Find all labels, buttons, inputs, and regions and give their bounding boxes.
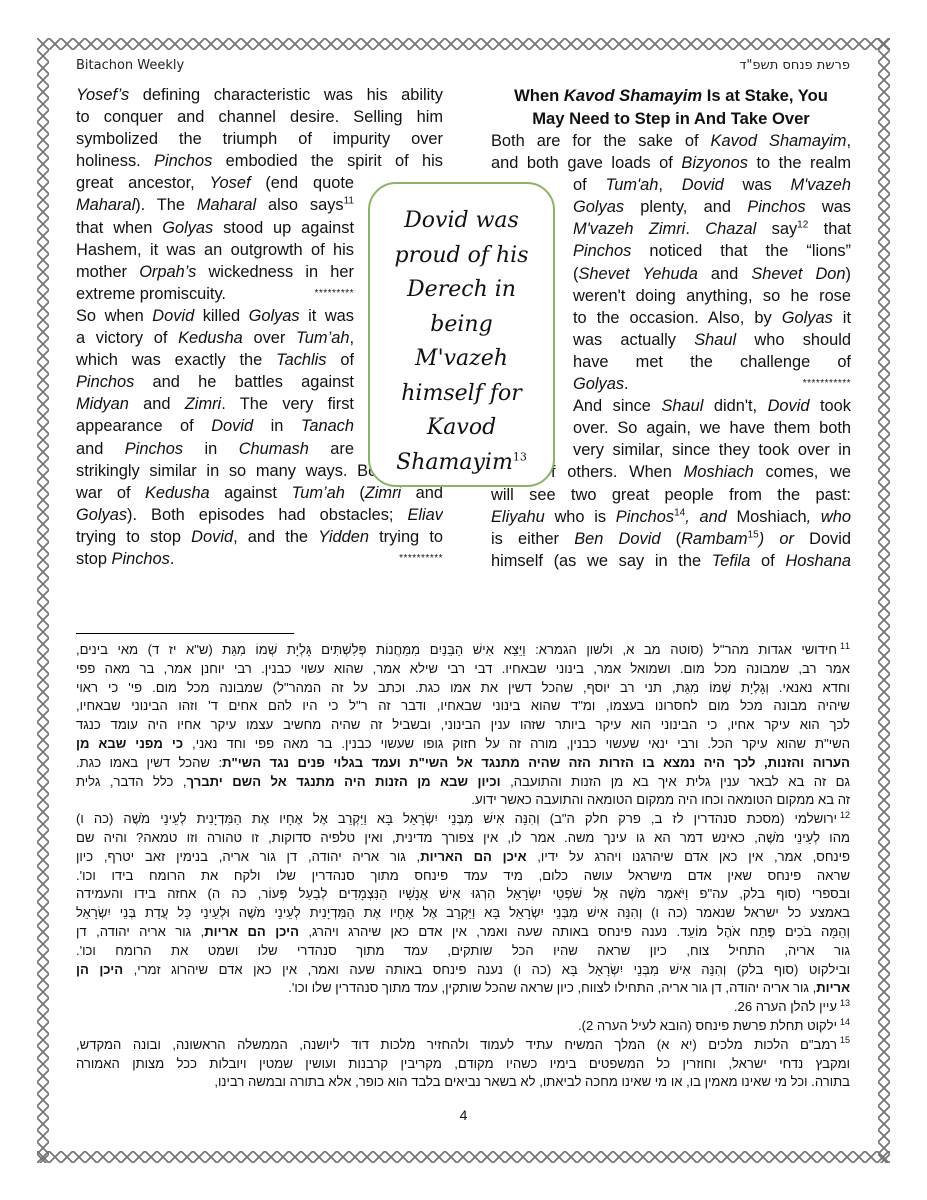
text-run: a victory of bbox=[76, 329, 178, 347]
headline-line-1: When Kavod Shamayim Is at Stake, You bbox=[514, 86, 828, 105]
italic-term: Kavod Shamayim bbox=[711, 132, 847, 150]
italic-term: Dovid bbox=[152, 307, 194, 325]
italic-term: Eliav bbox=[407, 506, 443, 524]
text-run: very similar, since they took over in bbox=[573, 441, 851, 459]
text-run: took bbox=[810, 397, 851, 415]
footnote-line: שיהיה מבונה מכל מום לחסרונו בעצמו, ומ"ד … bbox=[76, 697, 850, 716]
text-run: trying to stop bbox=[76, 528, 191, 546]
page-number: 4 bbox=[0, 1107, 927, 1123]
text-run: holiness. bbox=[76, 152, 154, 170]
text-run: have met the challenge of bbox=[573, 353, 851, 371]
text-line: appearance of Dovid in Tanach bbox=[76, 415, 354, 437]
text-run: לכך הוא עיקר אחיו, כי הבינוני הוא עיקר ב… bbox=[76, 717, 850, 732]
border-left bbox=[37, 38, 49, 1163]
text-run: comes, we bbox=[754, 463, 851, 481]
text-run: , and the bbox=[233, 528, 318, 546]
footnote-line: באמצע כל ישראל שנאמר (כה ו) וְהִנֵּה אִי… bbox=[76, 904, 850, 923]
text-line: mother Orpah’s wickedness in her bbox=[76, 261, 354, 283]
footnote-line: לכך הוא עיקר אחיו, כי הבינוני הוא עיקר ב… bbox=[76, 716, 850, 735]
text-line: Golyas plenty, and Pinchos was bbox=[573, 196, 851, 218]
italic-term: Tefila bbox=[712, 552, 751, 570]
text-run: ובילקוט (סוף בלק) וְהִנֵּה אִישׁ מִבְּנֵ… bbox=[123, 962, 850, 977]
footnote-ref: 11 bbox=[344, 196, 354, 207]
text-run: war of bbox=[76, 484, 145, 502]
footnote-15: 15רמב"ם הלכות מלכים (יא א) המלך המשיח עת… bbox=[76, 1036, 850, 1092]
text-run: בתורה. וכל מי שאינו מאמין בו, או מי שאינ… bbox=[214, 1074, 850, 1089]
publication-title: Bitachon Weekly bbox=[76, 58, 184, 73]
italic-term: Tum’ah bbox=[296, 329, 349, 347]
italic-term: Golyas bbox=[573, 198, 624, 216]
page-header: Bitachon Weekly פרשת פנחס תשפ"ד bbox=[76, 58, 850, 78]
text-run: באמצע כל ישראל שנאמר (כה ו) וְהִנֵּה אִי… bbox=[76, 905, 850, 920]
footnote-line: פינחס, אמר, אין כאן אדם שיהרגנו ויהרג על… bbox=[76, 848, 850, 867]
text-run: it was bbox=[300, 307, 354, 325]
text-run: over bbox=[243, 329, 296, 347]
text-run: , גור אריה יהודה, דן גור אריה, התחילו לצ… bbox=[288, 980, 816, 995]
footnote-number: 14 bbox=[840, 1017, 850, 1027]
headline-line-2: May Need to Step in And Take Over bbox=[532, 109, 810, 128]
text-run: noticed that the “lions” bbox=[631, 242, 851, 260]
text-line: Pinchos and he battles against bbox=[76, 371, 354, 393]
text-line: very similar, since they took over in bbox=[573, 439, 851, 461]
italic-term: Tum'ah bbox=[605, 176, 658, 194]
text-line: over. So again, we have them both bbox=[573, 417, 851, 439]
footnote-line: זה בא ממקום הטומאה וכחו היה ממקום הטומאה… bbox=[76, 791, 850, 810]
bold-text: כי מפני שבא מן bbox=[76, 736, 183, 751]
text-line: himself (as we say in the Tefila of Hosh… bbox=[491, 550, 851, 572]
text-run: שיהיה מבונה מכל מום לחסרונו בעצמו, ומ"ד … bbox=[76, 698, 850, 713]
pull-quote-line: himself for bbox=[370, 377, 553, 412]
text-run: גם זה בא לבאר ענין גלית איך בא מן הזנות … bbox=[501, 774, 850, 789]
text-line: Golyas). Both episodes had obstacles; El… bbox=[76, 504, 443, 526]
text-run: ) bbox=[846, 265, 851, 283]
text-run: and he battles against bbox=[134, 373, 354, 391]
text-run: זה בא ממקום הטומאה וכחו היה ממקום הטומאה… bbox=[471, 792, 850, 807]
text-line: Both are for the sake of Kavod Shamayim, bbox=[491, 130, 851, 152]
italic-term: ) or bbox=[759, 530, 809, 548]
italic-term: Pinchos bbox=[125, 440, 183, 458]
text-run: wickedness in her bbox=[196, 263, 354, 281]
italic-term: Shaul bbox=[694, 331, 736, 349]
text-line: Golyas.*********** bbox=[573, 373, 851, 395]
text-line: holiness. Pinchos embodied the spirit of… bbox=[76, 150, 443, 172]
bold-text: הערוה והזנות, לכך היה נמצא בו הזרות הזה … bbox=[222, 755, 850, 770]
italic-term: Kedusha bbox=[178, 329, 243, 347]
text-line: And since Shaul didn't, Dovid took bbox=[573, 395, 851, 417]
text-run: mother bbox=[76, 263, 139, 281]
italic-term: Dovid bbox=[682, 176, 724, 194]
italic-term: Golyas bbox=[249, 307, 300, 325]
footnote-line: 15רמב"ם הלכות מלכים (יא א) המלך המשיח עת… bbox=[76, 1036, 850, 1055]
italic-term: Bizyonos bbox=[681, 154, 748, 172]
italic-term: Hoshana bbox=[785, 552, 851, 570]
footnotes-section: 11חידושי אגדות מהר"ל (סוטה מב א, ולשון ה… bbox=[76, 641, 850, 1092]
text-run: פינחס, אמר, אין כאן אדם שיהרגנו ויהרג על… bbox=[527, 849, 851, 864]
footnote-ref: 15 bbox=[748, 529, 759, 540]
text-run: stop bbox=[76, 550, 112, 568]
text-run: ). The bbox=[135, 196, 197, 214]
pull-quote-line: proud of his bbox=[370, 239, 553, 274]
footnote-number: 13 bbox=[840, 998, 850, 1008]
italic-term: , and bbox=[685, 508, 736, 526]
pull-quote-text: Dovid wasproud of hisDerech inbeingM'vaz… bbox=[370, 204, 553, 480]
text-run: who is bbox=[545, 508, 616, 526]
bold-text: היכן הן bbox=[76, 962, 123, 977]
text-run: אמר רב, שמבונה מכל מום. ושמואל אמר, בינו… bbox=[76, 661, 850, 676]
text-line: which was exactly the Tachlis of bbox=[76, 349, 354, 371]
text-run: ומקבץ נדחי ישראל, וחוזרין כל המשפטים בימ… bbox=[76, 1056, 850, 1071]
text-run: וְהֵמָּה בֹכִים פֶּתַח אֹהֶל מוֹעֵד. נענ… bbox=[299, 924, 850, 939]
text-line: trying to stop Dovid, and the Yidden try… bbox=[76, 526, 443, 548]
pull-quote-line: Derech in bbox=[370, 273, 553, 308]
italic-term: Orpah’s bbox=[139, 263, 196, 281]
text-run: defining characteristic was his ability bbox=[129, 86, 443, 104]
section-separator: ********** bbox=[399, 548, 443, 570]
text-run: embodied the spirit of his bbox=[212, 152, 443, 170]
text-run: שראה פינחס שאין אדם מישראל עושה כלום, מי… bbox=[76, 868, 850, 883]
border-bottom bbox=[37, 1151, 890, 1163]
section-separator: *********** bbox=[803, 373, 851, 395]
text-run: of bbox=[573, 176, 605, 194]
footnote-13: 13עיין להלן הערה 26. bbox=[76, 998, 850, 1017]
text-run: that when bbox=[76, 219, 162, 237]
text-line: Maharal). The Maharal also says11 bbox=[76, 194, 354, 216]
bold-text: וכיון שבא מן הזנות היה מתנגד אל השם יתבר… bbox=[187, 774, 501, 789]
text-line: So when Dovid killed Golyas it was bbox=[76, 305, 354, 327]
text-run: ( bbox=[345, 484, 365, 502]
text-run: stood up against bbox=[213, 219, 354, 237]
text-run: . The very first bbox=[221, 395, 354, 413]
footnote-12: 12ירושלמי (מסכת סנהדרין לז ב, פרק חלק ה"… bbox=[76, 810, 850, 998]
text-run: , bbox=[349, 329, 354, 347]
italic-term: Kedusha bbox=[145, 484, 210, 502]
italic-term: Golyas bbox=[573, 375, 624, 393]
text-run: to conquer and channel desire. Selling h… bbox=[76, 108, 443, 126]
text-line: that when Golyas stood up against bbox=[76, 217, 354, 239]
text-line: M'vazeh Zimri. Chazal say12 that bbox=[573, 218, 851, 240]
text-line: Pinchos noticed that the “lions” bbox=[573, 240, 851, 262]
text-run: And since bbox=[573, 397, 661, 415]
footnote-line: וחדא נאנאי. וְגָלְיָת שְׁמוֹ מִגַּת, תני… bbox=[76, 679, 850, 698]
text-run: and bbox=[129, 395, 185, 413]
footnote-line: אריות, גור אריה יהודה, דן גור אריה, התחי… bbox=[76, 979, 850, 998]
footnote-line: אמר רב, שמבונה מכל מום. ושמואל אמר, בינו… bbox=[76, 660, 850, 679]
text-line: Hashem, it was an outgrowth of his bbox=[76, 239, 354, 261]
italic-term: Eliyahu bbox=[491, 508, 545, 526]
text-line: Midyan and Zimri. The very first bbox=[76, 393, 354, 415]
section-separator: ********* bbox=[314, 283, 354, 305]
italic-term: Ben Dovid bbox=[574, 530, 660, 548]
text-line: have met the challenge of bbox=[573, 351, 851, 373]
italic-term: Pinchos bbox=[112, 550, 170, 568]
footnote-14: 14ילקוט תחלת פרשת פינחס (הובא לעיל הערה … bbox=[76, 1017, 850, 1036]
text-run: symbolized the triumph of impurity over bbox=[76, 130, 443, 148]
italic-term: Pinchos bbox=[573, 242, 631, 260]
text-line: and Pinchos in Chumash are bbox=[76, 438, 354, 460]
text-run: appearance of bbox=[76, 417, 211, 435]
text-line: great ancestor, Yosef (end quote bbox=[76, 172, 354, 194]
footnote-separator bbox=[76, 633, 294, 634]
italic-term: , who bbox=[807, 508, 851, 526]
footnote-ref: 12 bbox=[797, 220, 808, 231]
pull-quote-line: M'vazeh bbox=[370, 342, 553, 377]
text-run: מהו לְעֵינֵי מֹשֶׁה, כאינש דמר הא גו עינ… bbox=[76, 830, 850, 845]
text-line: Eliyahu who is Pinchos14, and Moshiach, … bbox=[491, 506, 851, 528]
text-run: killed bbox=[194, 307, 248, 325]
italic-term: Tachlis bbox=[276, 351, 326, 369]
text-line: stop Pinchos.********** bbox=[76, 548, 443, 570]
text-run: great ancestor, bbox=[76, 174, 210, 192]
footnote-11: 11חידושי אגדות מהר"ל (סוטה מב א, ולשון ה… bbox=[76, 641, 850, 810]
text-run: was bbox=[806, 198, 851, 216]
text-run: So when bbox=[76, 307, 152, 325]
text-line: Yosef’s defining characteristic was his … bbox=[76, 84, 443, 106]
text-line: to conquer and channel desire. Selling h… bbox=[76, 106, 443, 128]
italic-term: Dovid bbox=[768, 397, 810, 415]
footnote-line: ומקבץ נדחי ישראל, וחוזרין כל המשפטים בימ… bbox=[76, 1055, 850, 1074]
italic-term: Golyas bbox=[76, 506, 127, 524]
text-line: and both gave loads of Bizyonos to the r… bbox=[491, 152, 851, 174]
text-run: Dovid bbox=[809, 530, 851, 548]
footnote-line: השי"ת שהוא עיקר הכל. ורבי ינאי שעשוי כבנ… bbox=[76, 735, 850, 754]
italic-term: Pinchos bbox=[747, 198, 805, 216]
footnote-line: וְהֵמָּה בֹכִים פֶּתַח אֹהֶל מוֹעֵד. נענ… bbox=[76, 923, 850, 942]
text-run: , גור אריה יהודה, דן bbox=[76, 924, 204, 939]
text-run: Is at Stake, You bbox=[702, 86, 828, 105]
border-right bbox=[878, 38, 890, 1163]
text-line: symbolized the triumph of impurity over bbox=[76, 128, 443, 150]
italic-term: Pinchos bbox=[616, 508, 674, 526]
text-run: (end quote bbox=[251, 174, 354, 192]
pull-quote-line: Dovid was bbox=[370, 204, 553, 239]
italic-term: Tanach bbox=[301, 417, 354, 435]
text-run: ירושלמי (מסכת סנהדרין לז ב, פרק חלק ה"ב)… bbox=[76, 811, 837, 826]
footnote-line: ובספרי (סוף בלק, עה"פ וַיֹּאמֶר מֹשֶׁה א… bbox=[76, 885, 850, 904]
footnote-line: גם זה בא לבאר ענין גלית איך בא מן הזנות … bbox=[76, 773, 850, 792]
footnote-line: 14ילקוט תחלת פרשת פינחס (הובא לעיל הערה … bbox=[76, 1017, 850, 1036]
text-run: against bbox=[210, 484, 292, 502]
italic-term: Midyan bbox=[76, 395, 129, 413]
text-run: in bbox=[183, 440, 239, 458]
text-run: Moshiach bbox=[737, 508, 807, 526]
text-run: who should bbox=[736, 331, 851, 349]
italic-term: Rambam bbox=[681, 530, 748, 548]
text-run: in bbox=[253, 417, 301, 435]
text-run: and both gave loads of bbox=[491, 154, 681, 172]
text-run: over. So again, we have them both bbox=[573, 419, 851, 437]
text-run: extreme promiscuity. bbox=[76, 285, 226, 303]
text-run: to the occasion. Also, by bbox=[573, 309, 782, 327]
text-run: חידושי אגדות מהר"ל (סוטה מב א, ולשון הגמ… bbox=[76, 642, 837, 657]
text-line: is either Ben Dovid (Rambam15) or Dovid bbox=[491, 528, 851, 550]
text-run: רמב"ם הלכות מלכים (יא א) המלך המשיח עתיד… bbox=[76, 1037, 837, 1052]
parsha-title: פרשת פנחס תשפ"ד bbox=[739, 58, 850, 73]
text-run: , כלל הדבר, גלית bbox=[76, 774, 187, 789]
text-run: and bbox=[76, 440, 125, 458]
text-line: of Tum'ah, Dovid was M'vazeh bbox=[573, 174, 851, 196]
text-run: Hashem, it was an outgrowth of his bbox=[76, 241, 354, 259]
footnote-line: 11חידושי אגדות מהר"ל (סוטה מב א, ולשון ה… bbox=[76, 641, 850, 660]
text-run: גור אריה, התחיל צוח, כיון שראה שהיו הכל … bbox=[76, 943, 850, 958]
section-headline: When Kavod Shamayim Is at Stake, You May… bbox=[491, 84, 851, 130]
text-run: ). Both episodes had obstacles; bbox=[127, 506, 407, 524]
bold-text: אריות bbox=[816, 980, 850, 995]
pull-quote-line: Shamayim13 bbox=[370, 446, 553, 481]
italic-term: Yosef’s bbox=[76, 86, 129, 104]
border-top bbox=[37, 38, 890, 50]
text-run: himself (as we say in the bbox=[491, 552, 712, 570]
text-run: plenty, and bbox=[624, 198, 747, 216]
text-run: . bbox=[685, 220, 705, 238]
footnote-line: מהו לְעֵינֵי מֹשֶׁה, כאינש דמר הא גו עינ… bbox=[76, 829, 850, 848]
footnote-ref: 13 bbox=[513, 450, 527, 463]
text-line: (Shevet Yehuda and Shevet Don) bbox=[573, 263, 851, 285]
text-run: ילקוט תחלת פרשת פינחס (הובא לעיל הערה 2)… bbox=[578, 1018, 837, 1033]
text-run: ובספרי (סוף בלק, עה"פ וַיֹּאמֶר מֹשֶׁה א… bbox=[76, 886, 850, 901]
italic-term: Shevet Yehuda bbox=[578, 265, 697, 283]
text-run: is either bbox=[491, 530, 574, 548]
text-run: עיין להלן הערה 26. bbox=[734, 999, 837, 1014]
footnote-number: 11 bbox=[840, 641, 850, 651]
italic-term: M'vazeh Zimri bbox=[573, 220, 685, 238]
text-run: of bbox=[327, 351, 354, 369]
bold-text: היכן הם אריות bbox=[204, 924, 299, 939]
footnote-line: הערוה והזנות, לכך היה נמצא בו הזרות הזה … bbox=[76, 754, 850, 773]
italic-term: M'vazeh bbox=[790, 176, 851, 194]
footnote-number: 12 bbox=[840, 810, 850, 820]
text-run: , bbox=[846, 132, 851, 150]
text-run: didn't, bbox=[703, 397, 767, 415]
text-run: Both are for the sake of bbox=[491, 132, 711, 150]
text-run: of bbox=[750, 552, 785, 570]
text-line: will see two great people from the past: bbox=[491, 484, 851, 506]
footnote-line: גור אריה, התחיל צוח, כיון שראה שהיו הכל … bbox=[76, 942, 850, 961]
text-run: will see two great people from the past: bbox=[491, 486, 851, 504]
italic-term: Kavod Shamayim bbox=[564, 86, 702, 105]
italic-term: Pinchos bbox=[76, 373, 134, 391]
text-run: to the realm bbox=[748, 154, 851, 172]
text-run: , גור אריה יהודה, דן גור אריה, בנימין זא… bbox=[76, 849, 420, 864]
italic-term: Golyas bbox=[162, 219, 213, 237]
italic-term: Chazal bbox=[705, 220, 756, 238]
text-run: was actually bbox=[573, 331, 694, 349]
italic-term: Yosef bbox=[210, 174, 251, 192]
italic-term: Moshiach bbox=[684, 463, 754, 481]
footnote-ref: 14 bbox=[674, 507, 685, 518]
text-line: weren't doing anything, so he rose bbox=[573, 285, 851, 307]
text-run: also says bbox=[256, 196, 343, 214]
text-run: weren't doing anything, so he rose bbox=[573, 287, 851, 305]
text-run: ( bbox=[660, 530, 681, 548]
text-run: say bbox=[756, 220, 797, 238]
footnote-line: שראה פינחס שאין אדם מישראל עושה כלום, מי… bbox=[76, 867, 850, 886]
text-line: extreme promiscuity.********* bbox=[76, 283, 354, 305]
footnote-line: ובילקוט (סוף בלק) וְהִנֵּה אִישׁ מִבְּנֵ… bbox=[76, 961, 850, 980]
text-run: was bbox=[724, 176, 791, 194]
bold-text: איכן הם האריות bbox=[420, 849, 526, 864]
italic-term: Shevet Don bbox=[751, 265, 845, 283]
text-run: : שהכל דשין באמו כגת. bbox=[76, 755, 222, 770]
italic-term: Golyas bbox=[782, 309, 833, 327]
text-run: trying to bbox=[369, 528, 443, 546]
text-run: השי"ת שהוא עיקר הכל. ורבי ינאי שעשוי כבנ… bbox=[183, 736, 850, 751]
text-run: , bbox=[658, 176, 681, 194]
italic-term: Maharal bbox=[197, 196, 256, 214]
italic-term: Shaul bbox=[661, 397, 703, 415]
italic-term: Pinchos bbox=[154, 152, 212, 170]
pull-quote-box: Dovid wasproud of hisDerech inbeingM'vaz… bbox=[368, 182, 555, 487]
text-run: When bbox=[514, 86, 564, 105]
footnote-line: 13עיין להלן הערה 26. bbox=[76, 998, 850, 1017]
text-run: . bbox=[624, 375, 629, 393]
pull-quote-line: being bbox=[370, 308, 553, 343]
italic-term: Yidden bbox=[318, 528, 369, 546]
italic-term: Maharal bbox=[76, 196, 135, 214]
text-line: a victory of Kedusha over Tum’ah, bbox=[76, 327, 354, 349]
italic-term: Chumash bbox=[239, 440, 309, 458]
text-run: it bbox=[833, 309, 851, 327]
text-run: which was exactly the bbox=[76, 351, 276, 369]
text-run: are bbox=[309, 440, 354, 458]
text-run: that bbox=[808, 220, 851, 238]
footnote-line: בתורה. וכל מי שאינו מאמין בו, או מי שאינ… bbox=[76, 1073, 850, 1092]
pull-quote-line: Kavod bbox=[370, 411, 553, 446]
italic-term: Tum’ah bbox=[291, 484, 344, 502]
italic-term: Dovid bbox=[191, 528, 233, 546]
text-run: and bbox=[698, 265, 751, 283]
footnote-number: 15 bbox=[840, 1036, 850, 1046]
text-line: was actually Shaul who should bbox=[573, 329, 851, 351]
text-run: . bbox=[170, 550, 175, 568]
italic-term: Dovid bbox=[211, 417, 253, 435]
footnote-line: 12ירושלמי (מסכת סנהדרין לז ב, פרק חלק ה"… bbox=[76, 810, 850, 829]
text-line: to the occasion. Also, by Golyas it bbox=[573, 307, 851, 329]
italic-term: Zimri bbox=[185, 395, 221, 413]
text-run: וחדא נאנאי. וְגָלְיָת שְׁמוֹ מִגַּת, תני… bbox=[76, 680, 850, 695]
